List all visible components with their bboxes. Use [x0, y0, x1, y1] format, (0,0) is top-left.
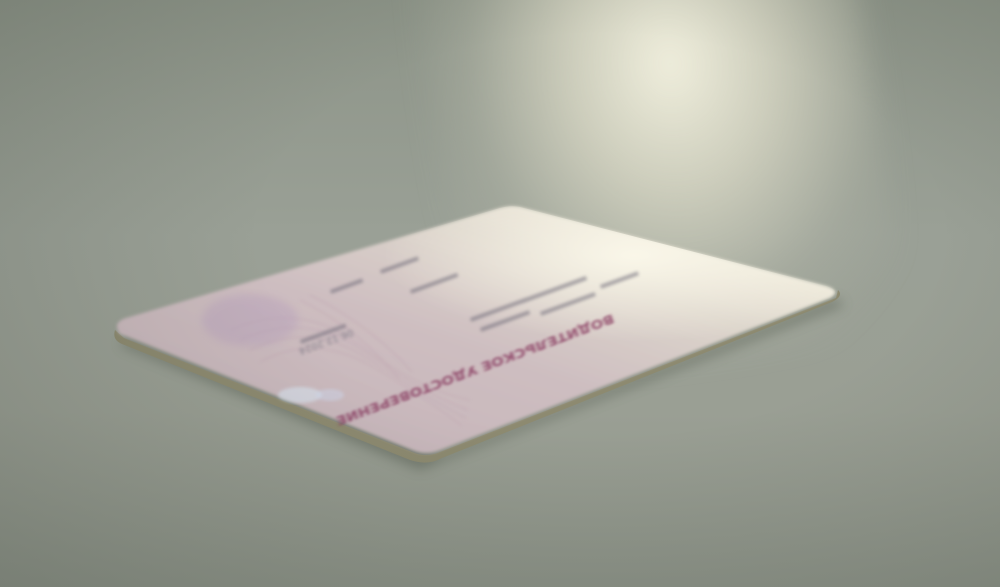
photo-scene: ВОДИТЕЛЬСКОЕ УДОСТОВЕРЕНИЕ 06.12.2024: [0, 0, 1000, 587]
vignette: [0, 0, 1000, 587]
